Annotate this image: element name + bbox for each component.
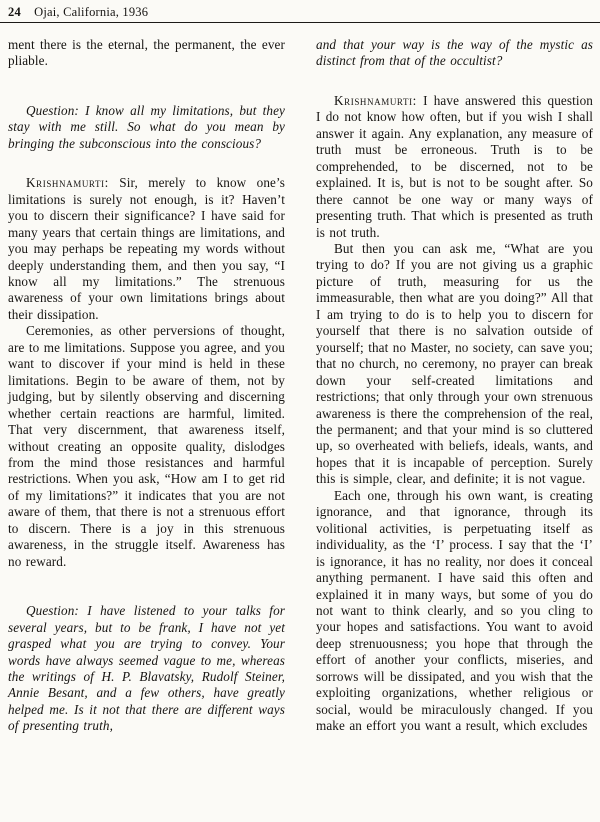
answer-paragraph: Krishnamurti: I have answered this quest…: [316, 93, 593, 241]
left-column: ment there is the eternal, the permanent…: [8, 37, 285, 735]
answer-paragraph: Krishnamurti: Sir, merely to know one’s …: [8, 175, 285, 323]
paragraph: But then you can ask me, “What are you t…: [316, 241, 593, 488]
speaker-name: Krishnamurti:: [334, 93, 417, 108]
text-columns: ment there is the eternal, the permanent…: [0, 23, 600, 735]
running-title: Ojai, California, 1936: [34, 5, 148, 19]
paragraph: ment there is the eternal, the permanent…: [8, 37, 285, 70]
paragraph: Ceremonies, as other perversions of thou…: [8, 323, 285, 570]
paragraph: Each one, through his own want, is creat…: [316, 488, 593, 735]
right-column: and that your way is the way of the myst…: [316, 37, 593, 735]
page-number: 24: [8, 5, 21, 19]
question-paragraph: Question: I have listened to your talks …: [8, 603, 285, 735]
book-page: 24 Ojai, California, 1936 ment there is …: [0, 0, 600, 822]
running-head: 24 Ojai, California, 1936: [0, 0, 600, 19]
question-paragraph: Question: I know all my limitations, but…: [8, 103, 285, 152]
question-paragraph: and that your way is the way of the myst…: [316, 37, 593, 70]
speaker-name: Krishnamurti:: [26, 175, 109, 190]
